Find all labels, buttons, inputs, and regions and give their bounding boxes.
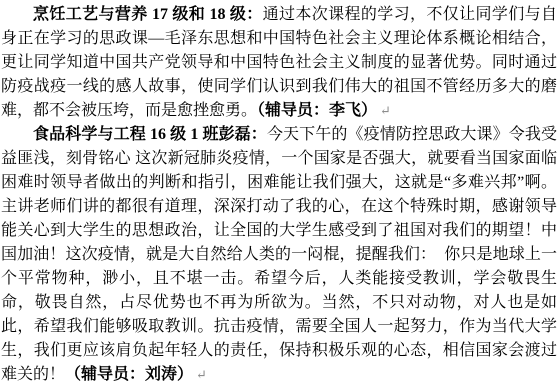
paragraph-lead: 烹饪工艺与营养 17 级和 18 级：	[33, 6, 263, 23]
document-page: 烹饪工艺与营养 17 级和 18 级：通过本次课程的学习，不仅让同学们与自身正在…	[0, 0, 558, 385]
paragraph-return-icon: ↵	[377, 103, 391, 118]
paragraph-signoff: （辅导员：刘涛）	[65, 366, 193, 383]
paragraph-return-icon: ↵	[193, 367, 207, 382]
paragraph: 食品科学与工程 16 级 1 班彭磊：今天下午的《疫情防控思政大课》令我受益匪浅…	[1, 123, 557, 385]
paragraph-lead: 食品科学与工程 16 级 1 班彭磊：	[33, 126, 267, 143]
paragraph-signoff: （辅导员：李飞）	[257, 102, 377, 119]
paragraph-body: 今天下午的《疫情防控思政大课》令我受益匪浅，刻骨铭心 这次新冠肺炎疫情，一个国家…	[1, 126, 557, 383]
paragraph: 烹饪工艺与营养 17 级和 18 级：通过本次课程的学习，不仅让同学们与自身正在…	[1, 3, 557, 123]
